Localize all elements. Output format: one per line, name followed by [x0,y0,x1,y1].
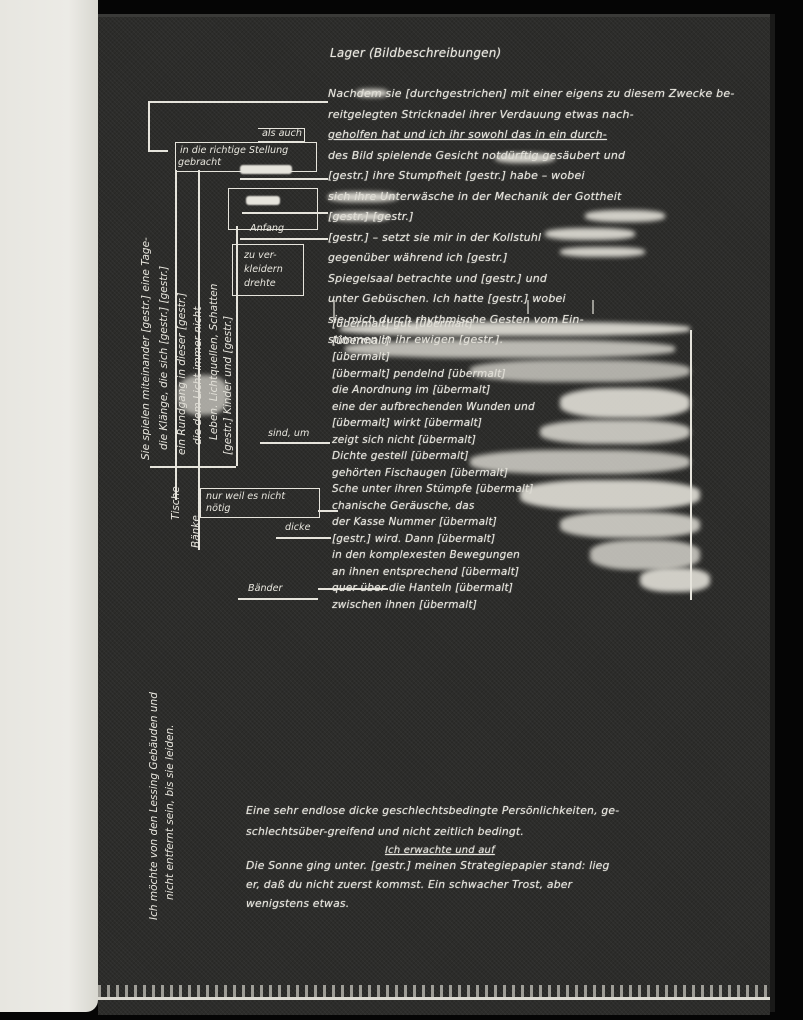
crossed-label [246,196,280,205]
connector-line [148,101,150,151]
page-bottom-edge [98,997,770,1000]
vertical-note: Tische [170,486,182,520]
connector-line [240,178,328,180]
text-line: zeigt sich nicht [übermalt] [332,432,535,449]
vertical-note: Ich möchte von den Lessing Gebäuden und [148,692,160,920]
text-line: an ihnen entsprechend [übermalt] [332,564,535,581]
margin-note: dicke [285,522,311,534]
overpaint [340,322,690,336]
vertical-note: die Klänge, die sich [gestr.] [gestr.] [158,266,170,450]
connector-line [260,442,330,444]
vertical-note: Bänke [190,515,202,548]
text-line: Eine sehr endlose dicke geschlechtsbedin… [246,800,619,821]
text-line: chanische Geräusche, das [332,498,535,515]
margin-note: kleidern [244,264,283,276]
strikeout-mark [328,192,398,202]
text-line: Sche unter ihren Stümpfe [übermalt] [332,481,535,498]
vertical-note: ein Rundgang in dieser [gestr.] [176,292,188,455]
connector-line [148,101,328,103]
margin-note: in die richtige Stellung [180,145,288,157]
strikeout-mark [545,228,635,240]
overpaint [560,388,690,418]
text-line: Spiegelsaal betrachte und [gestr.] und [328,269,735,290]
vertical-note: Leben. Lichtquellen, Schatten [208,284,220,440]
page-title: Lager (Bildbeschreibungen) [330,42,501,65]
strikeout-mark [560,247,645,257]
text-line: unter Gebüschen. Ich hatte [gestr.] wobe… [328,289,735,310]
text-line: die Anordnung im [übermalt] [332,382,535,399]
connector-line [148,150,168,152]
connector-line [318,588,388,590]
text-line: schlechtsüber-greifend und nicht zeitlic… [246,821,619,842]
margin-note: nur weil es nicht [206,491,285,503]
connector-line [150,466,236,468]
facing-blank-page [0,0,98,1012]
text-line: [gestr.] ihre Stumpfheit [gestr.] habe –… [328,166,735,187]
overpaint [640,568,710,592]
text-line: gegenüber während ich [gestr.] [328,248,735,269]
margin-tick [527,300,529,314]
margin-note: Bänder [248,583,282,595]
overpaint [470,450,690,474]
final-paragraph: Die Sonne ging unter. [gestr.] meinen St… [246,856,610,913]
margin-tick [592,300,594,314]
overpaint [520,480,700,510]
text-line: der Kasse Nummer [übermalt] [332,514,535,531]
margin-tick [333,300,335,320]
text-line: [gestr.] wird. Dann [übermalt] [332,531,535,548]
text-line: wenigstens etwas. [246,894,610,913]
margin-note: Anfang [250,223,284,235]
margin-note: sind, um [268,428,309,440]
strikeout-mark [356,89,388,97]
strikeout-mark [585,210,665,222]
margin-note: drehte [244,278,276,290]
vertical-note: Sie spielen miteinander [gestr.] eine Ta… [140,237,152,460]
text-line: zwischen ihnen [übermalt] [332,597,535,614]
text-line: eine der aufbrechenden Wunden und [332,399,535,416]
text-line: geholfen hat und ich ihr sowohl das in e… [328,125,735,146]
text-line: Nachdem sie [durchgestrichen] mit einer … [328,84,735,105]
connector-line [240,238,328,240]
margin-note: als auch [262,128,302,140]
connector-line [238,598,318,600]
page-edge [770,14,775,1012]
overpaint [345,340,675,358]
connector-line [318,510,338,512]
overpaint [470,360,690,382]
text-line: reitgelegten Stricknadel ihrer Verdauung… [328,105,735,126]
connector-line [276,537,331,539]
text-line: Die Sonne ging unter. [gestr.] meinen St… [246,856,610,875]
vertical-note: nicht entfernt sein, bis sie leiden. [164,725,176,900]
overpaint [540,420,690,444]
bottom-paragraph: Eine sehr endlose dicke geschlechtsbedin… [246,800,619,842]
overpaint [590,540,700,570]
margin-note: nötig [206,503,230,515]
connector-line [242,212,328,214]
text-line: er, daß du nicht zuerst kommst. Ein schw… [246,875,610,894]
overpaint [178,375,228,415]
text-line: in den komplexesten Bewegungen [332,547,535,564]
crossed-label [240,165,292,174]
text-line: [gestr.] – setzt sie mir in der Kollstuh… [328,228,735,249]
margin-note: zu ver- [244,250,277,262]
margin-note: gebracht [178,157,221,169]
strikeout-mark [495,153,555,163]
overpaint [560,512,700,538]
text-line: [übermalt] wirkt [übermalt] [332,415,535,432]
connector-line [236,226,238,466]
block-right-border [690,330,692,600]
strikeout-mark [330,212,390,221]
